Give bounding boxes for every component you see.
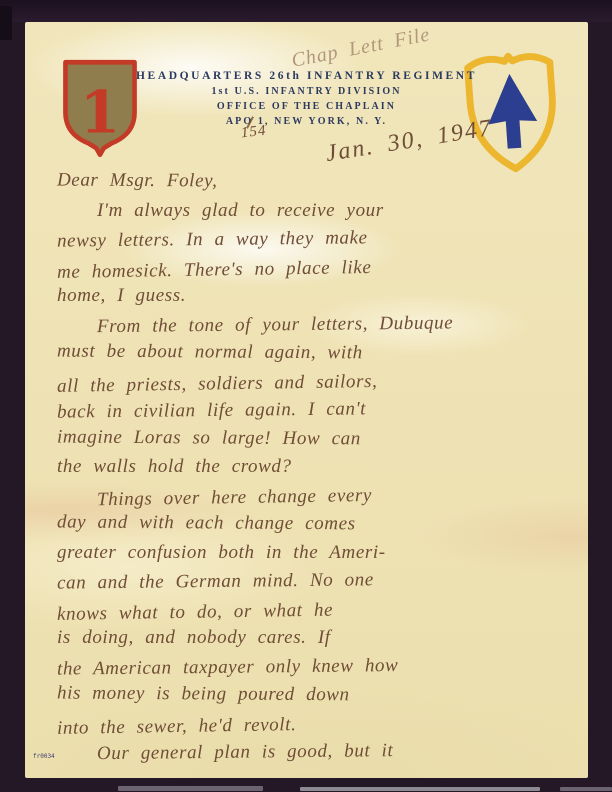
scanner-bed-top-shadow bbox=[0, 0, 612, 22]
letter-line: imagine Loras so large! How can bbox=[35, 423, 575, 455]
letterhead-line-3: OFFICE OF THE CHAPLAIN bbox=[25, 99, 588, 114]
letterhead-line-4: APO 1, NEW YORK, N. Y. bbox=[25, 114, 588, 129]
letterhead-line-2: 1st U.S. INFANTRY DIVISION bbox=[25, 84, 588, 99]
salutation: Dear Msgr. Foley, bbox=[35, 166, 575, 198]
letter-line: his money is being poured down bbox=[35, 679, 575, 711]
scan-artifact-streak bbox=[118, 786, 263, 791]
letter-line: I'm always glad to receive your bbox=[35, 197, 575, 226]
letter-line: back in civilian life again. I can't bbox=[35, 393, 575, 427]
archival-mark: fr0034 bbox=[33, 753, 55, 760]
letterhead: HEADQUARTERS 26th INFANTRY REGIMENT 1st … bbox=[25, 68, 588, 129]
letter-body: Dear Msgr. Foley, I'm always glad to rec… bbox=[35, 168, 575, 767]
letter-line: the walls hold the crowd? bbox=[35, 453, 575, 482]
letter-line: the American taxpayer only knew how bbox=[35, 650, 575, 684]
letter-page: 1 HEADQUARTERS 26th INFANTRY REGIMENT 1s… bbox=[25, 22, 588, 778]
letter-line: Our general plan is good, but it bbox=[35, 735, 575, 769]
letter-line: must be about normal again, with bbox=[35, 337, 575, 369]
letter-line: greater confusion both in the Ameri- bbox=[35, 539, 575, 568]
scan-artifact-streak bbox=[300, 787, 540, 791]
apo-handwritten-correction: 154 bbox=[240, 123, 267, 143]
letter-line: From the tone of your letters, Dubuque bbox=[35, 308, 575, 342]
scan-artifact-streak bbox=[560, 787, 612, 791]
scanner-bed-notch bbox=[0, 6, 12, 40]
letter-line: day and with each change comes bbox=[35, 508, 575, 540]
